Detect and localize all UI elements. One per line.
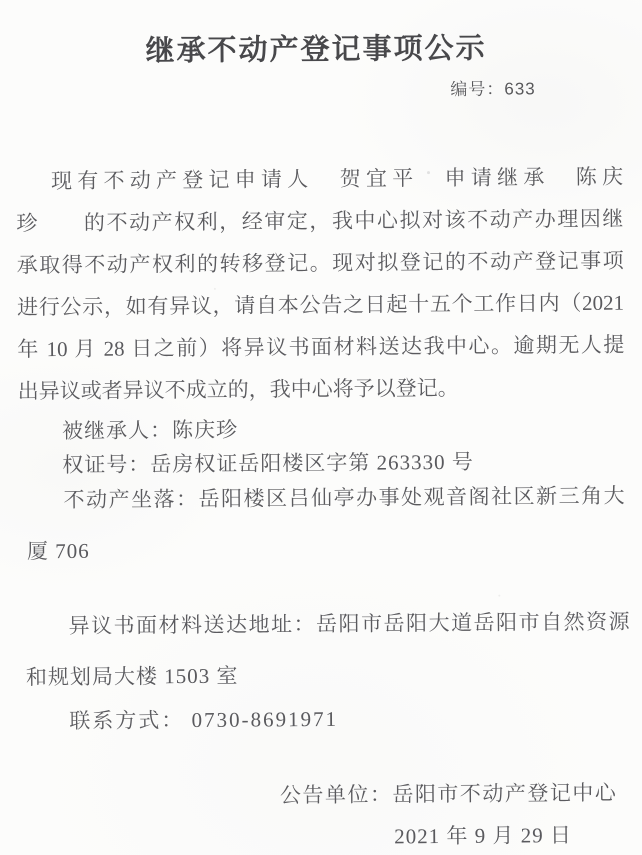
paragraph-line-4: 进行公示，如有异议，请自本公告之日起十五个工作日内（2021	[17, 282, 624, 329]
property-location-line-1: 不动产坐落：岳阳楼区吕仙亭办事处观音阁社区新三角大	[63, 483, 626, 513]
property-location-line-2: 厦 706	[27, 538, 90, 564]
scan-speck	[498, 595, 500, 597]
paragraph-line-5: 年 10 月 28 日之前）将异议书面材料送达我中心。逾期无人提	[17, 324, 624, 371]
scan-speck	[214, 288, 216, 290]
scan-speck	[427, 171, 430, 174]
date-line: 2021 年 9 月 29 日	[394, 822, 572, 849]
paragraph-line-6: 出异议或者异议不成立的，我中心将予以登记。	[18, 366, 625, 413]
decedent-line: 被继承人：陈庆珍	[62, 417, 238, 444]
certificate-number-line: 权证号：岳房权证岳阳楼区字第 263330 号	[62, 449, 474, 478]
document-content: 继承不动产登记事项公示 编号：633 现有不动产登记申请人 贺宜平 申请继承 陈…	[0, 0, 642, 855]
objection-address-line-2: 和规划局大楼 1503 室	[26, 663, 239, 691]
document-number: 编号：633	[450, 74, 536, 100]
paragraph-line-1: 现有不动产登记申请人 贺宜平 申请继承 陈庆	[16, 156, 623, 203]
paragraph-line-3: 承取得不动产权利的转移登记。现对拟登记的不动产登记事项	[17, 240, 624, 287]
contact-phone-line: 联系方式： 0730-8691971	[69, 706, 338, 734]
main-paragraph: 现有不动产登记申请人 贺宜平 申请继承 陈庆 珍 的不动产权利，经审定，我中心拟…	[16, 156, 625, 413]
document-title: 继承不动产登记事项公示	[0, 25, 637, 71]
paragraph-line-2: 珍 的不动产权利，经审定，我中心拟对该不动产办理因继	[16, 198, 623, 245]
issuer-line: 公告单位：岳阳市不动产登记中心	[280, 780, 618, 809]
objection-address-line-1: 异议书面材料送达地址：岳阳市岳阳大道岳阳市自然资源	[68, 609, 631, 639]
scanned-document-page: 继承不动产登记事项公示 编号：633 现有不动产登记申请人 贺宜平 申请继承 陈…	[0, 0, 642, 855]
